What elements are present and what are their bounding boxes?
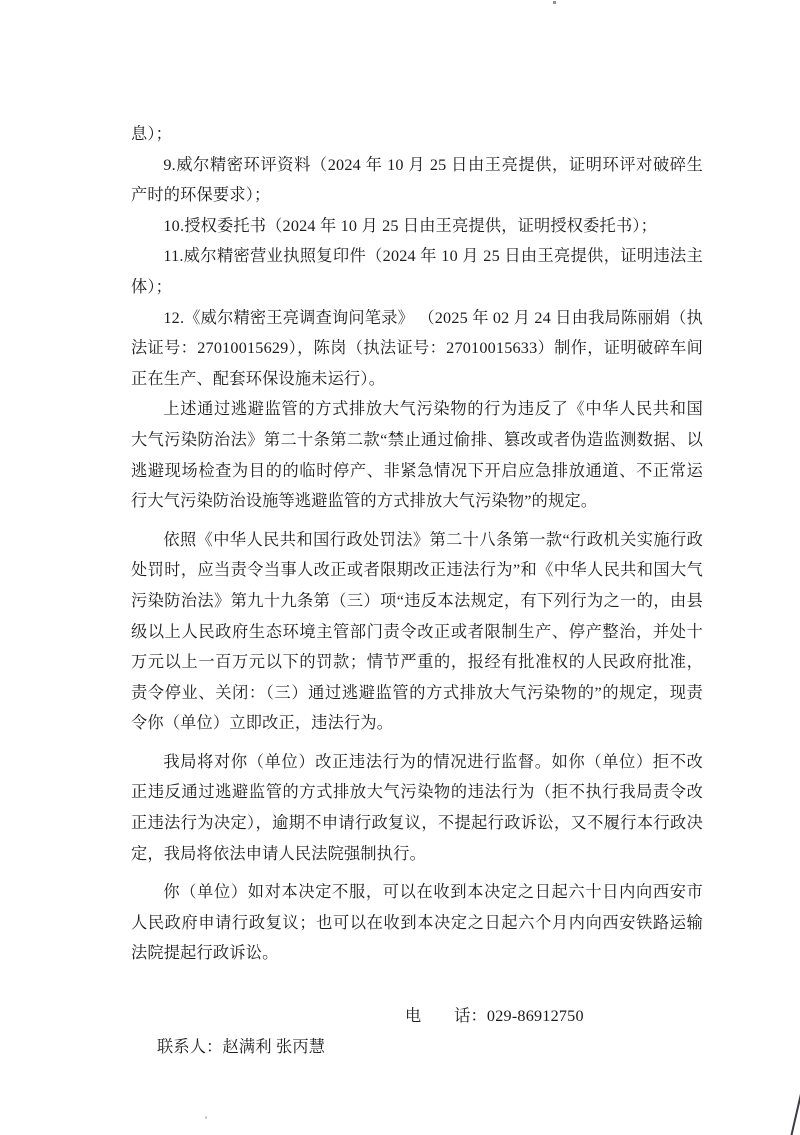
contact-phone: 电 话：029-86912750: [405, 1001, 584, 1032]
paragraph-violation-finding: 上述通过逃避监管的方式排放大气污染物的行为违反了《中华人民共和国大气污染防治法》…: [131, 394, 703, 516]
evidence-item-12: 12.《威尔精密王亮调查询问笔录》 （2025 年 02 月 24 日由我局陈丽…: [131, 303, 703, 395]
evidence-item-10: 10.授权委托书（2024 年 10 月 25 日由王亮提供，证明授权委托书）；: [131, 211, 703, 242]
contact-person: 联系人：赵满利 张丙慧: [157, 1038, 325, 1056]
scan-artifact-speck: [205, 1116, 207, 1119]
paragraph-supervision-enforcement: 我局将对你（单位）改正违法行为的情况进行监督。如你（单位）拒不改正违反通过逃避监…: [131, 747, 703, 869]
scan-artifact-top-dot: [553, 1, 556, 4]
document-body: 息）； 9.威尔精密环评资料（2024 年 10 月 25 日由王亮提供，证明环…: [131, 119, 703, 969]
evidence-item-11: 11.威尔精密营业执照复印件（2024 年 10 月 25 日由王亮提供，证明违…: [131, 241, 703, 302]
paragraph-legal-basis: 依照《中华人民共和国行政处罚法》第二十八条第一款“行政机关实施行政处罚时，应当责…: [131, 525, 703, 739]
paragraph-continuation: 息）；: [131, 119, 703, 150]
document-page: 息）； 9.威尔精密环评资料（2024 年 10 月 25 日由王亮提供，证明环…: [0, 0, 800, 1135]
evidence-item-9: 9.威尔精密环评资料（2024 年 10 月 25 日由王亮提供，证明环评对破碎…: [131, 150, 703, 211]
scan-artifact-corner-line: [790, 1094, 800, 1135]
paragraph-appeal-rights: 你（单位）如对本决定不服，可以在收到本决定之日起六十日内向西安市人民政府申请行政…: [131, 877, 703, 969]
contact-row: 联系人：赵满利 张丙慧 电 话：029-86912750: [140, 1001, 700, 1032]
